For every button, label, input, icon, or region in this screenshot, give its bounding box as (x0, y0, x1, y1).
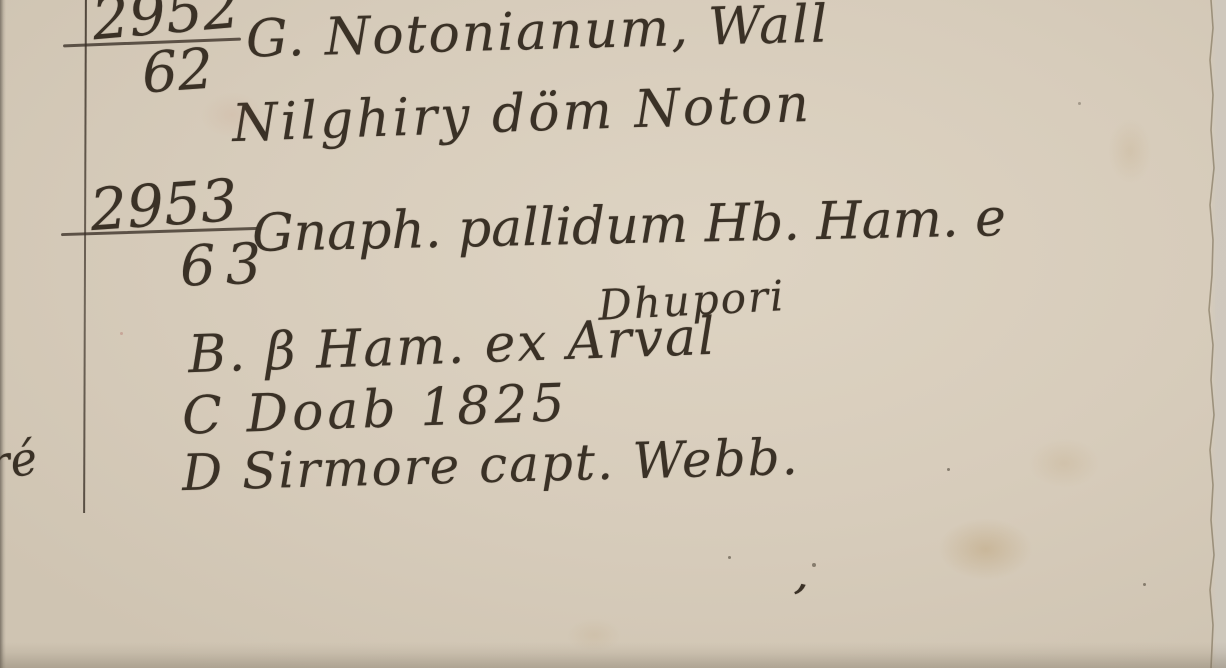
entry-2953-species-line: Gnaph. pallidum Hb. Ham. e (252, 192, 1007, 260)
torn-right-edge (1204, 0, 1226, 668)
ink-speck (812, 563, 816, 567)
foxing-stain (566, 618, 622, 652)
catalog-number-2953: 2953 (88, 171, 239, 239)
foxing-stain (938, 518, 1033, 580)
foxing-stain (200, 92, 264, 138)
cut-off-margin-word: ré (0, 434, 41, 488)
ink-speck (1143, 583, 1146, 586)
ink-speck (728, 556, 731, 559)
entry-2953-variety-c-line: C Doab 1825 (181, 377, 569, 442)
entry-2952-locality-line: Nilghiry döm Noton (231, 78, 812, 150)
entry-2952-species-line: G. Notonianum, Wall (245, 0, 830, 66)
paper-left-edge (0, 0, 6, 668)
sub-number-62: 62 (140, 42, 215, 103)
ink-speck (947, 468, 950, 471)
entry-2953-variety-d-line: D Sirmore capt. Webb. (181, 432, 800, 498)
foxing-stain (1028, 438, 1100, 488)
entry-2953-variety-b-line: B. β Ham. ex Arval (187, 311, 717, 381)
ink-speck (120, 332, 123, 335)
manuscript-page: 2952 62 G. Notonianum, Wall Nilghiry döm… (0, 0, 1226, 668)
stray-ink-mark: ’ (785, 577, 809, 625)
ink-speck (1078, 102, 1081, 105)
ledger-vertical-rule (83, 0, 87, 513)
foxing-stain (1108, 118, 1152, 184)
